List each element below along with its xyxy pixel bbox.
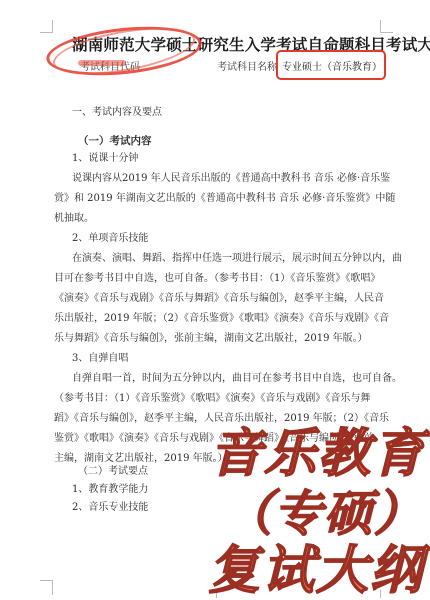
overlay-title-line2: （专硕） [224,486,424,542]
subsection-heading: （一）考试内容 [78,134,152,148]
page-corner-mark [380,20,393,33]
page-corner-mark [40,580,53,595]
paragraph-line: 乐与舞蹈》《音乐与编创》，张前主编，湖南文艺出版社，2019 年版。） [54,332,368,346]
overlay-title-line3: 复试大纲 [208,543,424,599]
subsection-heading: （二）考试要点 [78,465,148,479]
paragraph-line: （参考书目：（1）《音乐鉴赏》《歌唱》《演奏》《音乐与戏剧》《音乐与舞 [54,392,370,406]
paragraph-line: 《演奏》《音乐与戏剧》《音乐与舞蹈》《音乐与编创》，赵季平主编，人民音 [54,292,384,306]
item-heading: 3、自弹自唱 [72,352,128,366]
paragraph-line: 主编，湖南文艺出版社，2019 年版。） [54,452,228,466]
paragraph-line: 目可在参考书目中自选，也可自备。（参考书目：（1）《音乐鉴赏》《歌唱》 [54,272,380,286]
item-heading: 2、单项音乐技能 [72,232,148,246]
paragraph-line: 在演奏、演唱、舞蹈、指挥中任选一项进行展示，展示时间五分钟以内，曲 [72,252,402,266]
red-box-annotation [276,50,386,80]
section-heading: 一、考试内容及要点 [72,106,162,120]
point-item: 2、音乐专业技能 [72,501,148,515]
paragraph-line: 说课内容从2019 年人民音乐出版的《普通高中教科书 音乐 必修·音乐鉴 [72,172,390,186]
red-scribble-annotation [78,60,126,66]
page-corner-mark [40,20,53,33]
item-heading: 1、说课十分钟 [72,152,138,166]
point-item: 1、教育教学能力 [72,483,148,497]
subject-name-label: 考试科目名称 [217,58,277,73]
paragraph-line: 赏》和 2019 年湖南文艺出版的《普通高中教科书 音乐 必修·音乐鉴赏》中随 [54,192,395,206]
paragraph-line: 乐出版社，2019 年版；（2）《音乐鉴赏》《歌唱》《演奏》《音乐与戏剧》《音 [54,312,389,326]
overlay-title-line1: 音乐教育 [210,426,426,482]
paragraph-line: 自弹自唱一首，时间为五分钟以内，曲目可在参考书目中自选，也可自备。 [72,372,402,386]
paragraph-line: 机抽取。 [54,212,94,226]
